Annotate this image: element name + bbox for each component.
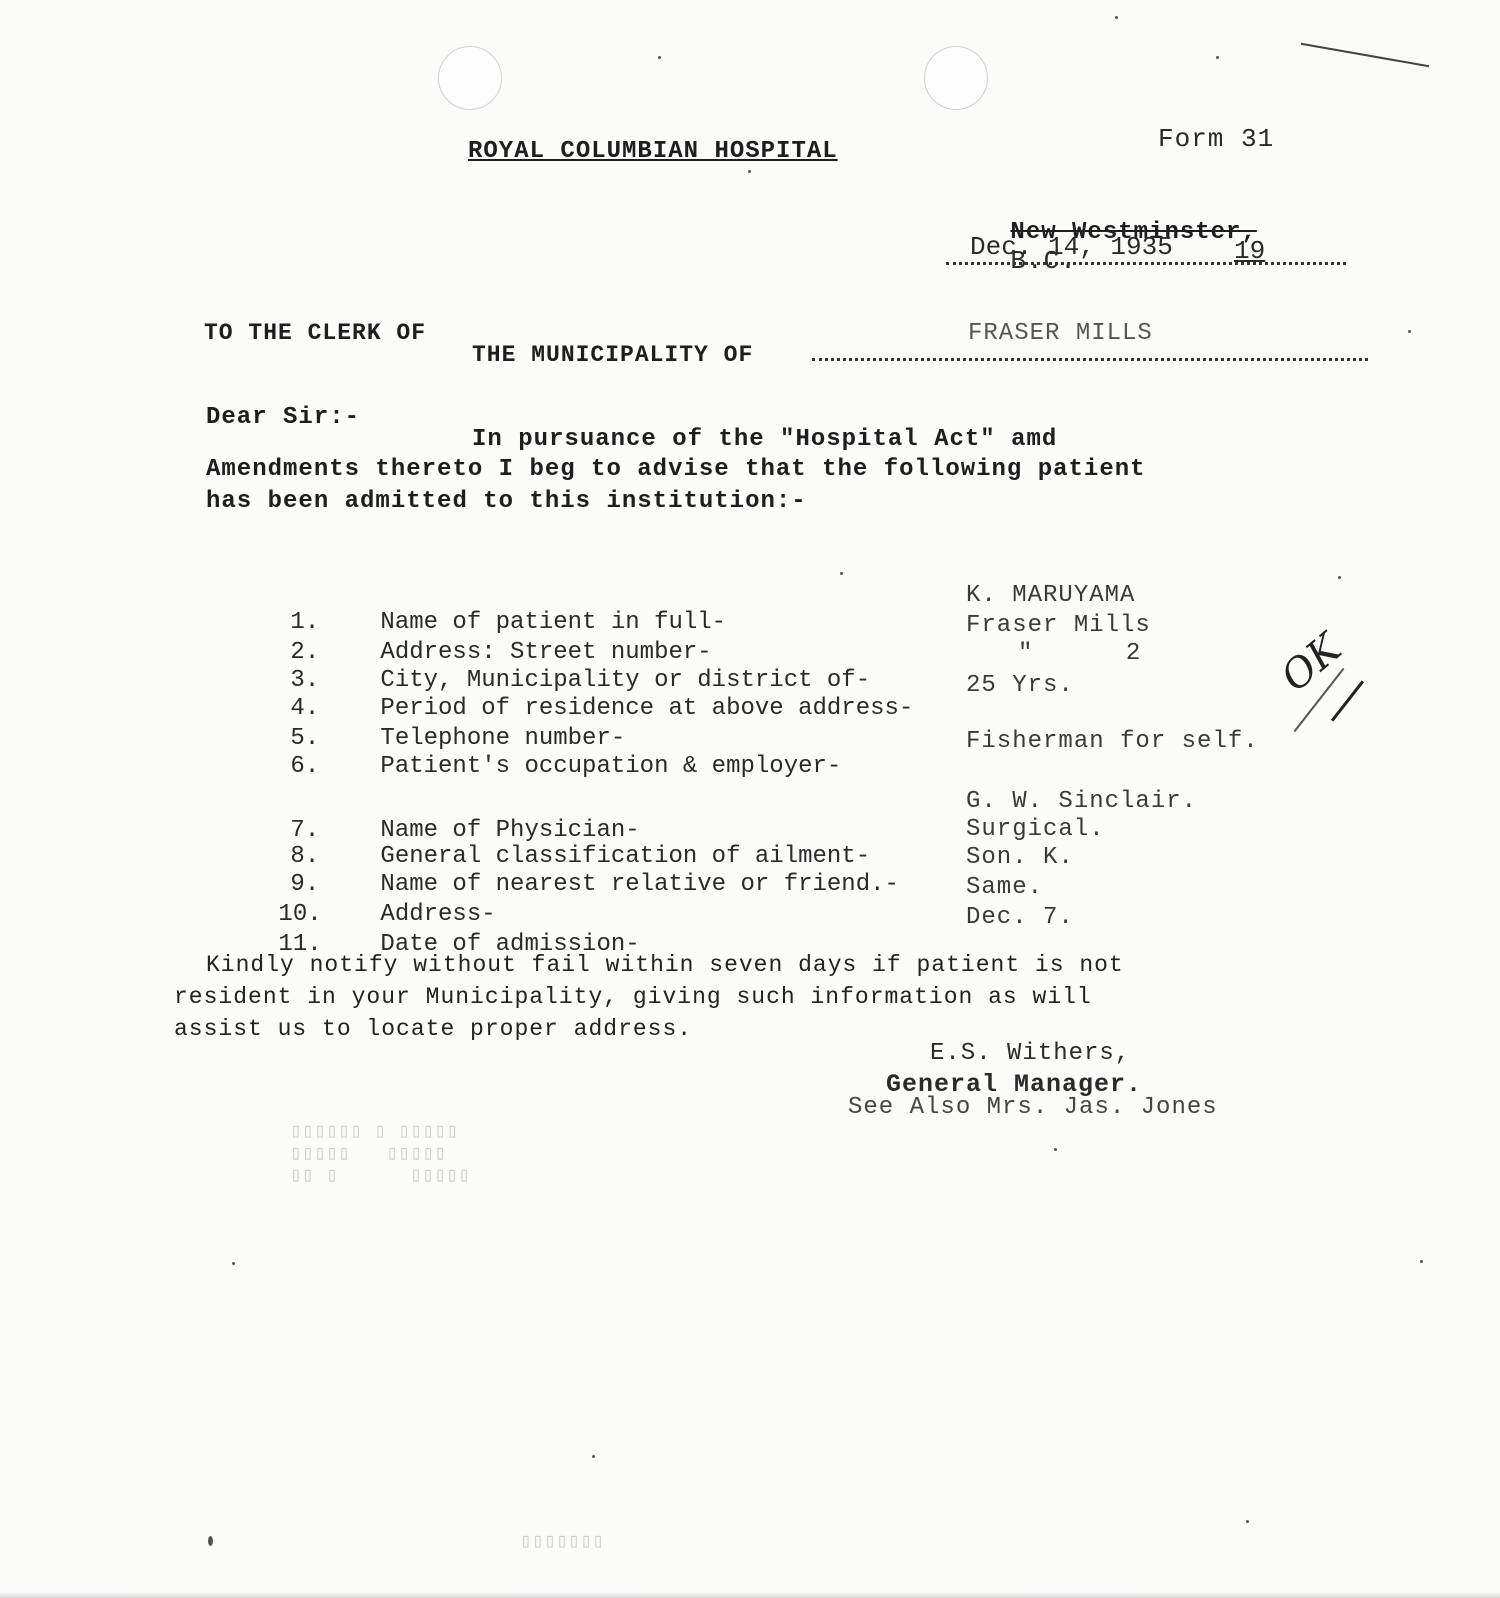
field-label: Patient's occupation & employer- xyxy=(380,753,841,780)
field-value: G. W. Sinclair. xyxy=(966,788,1197,815)
closing-line1: Kindly notify without fail within seven … xyxy=(206,952,1124,978)
handwritten-initial xyxy=(1331,680,1364,721)
closing-line2: resident in your Municipality, giving su… xyxy=(174,984,1092,1010)
intro-line3: has been admitted to this institution:- xyxy=(206,488,807,515)
paper-speck xyxy=(232,1262,235,1265)
paper-bottom-edge xyxy=(0,1592,1500,1598)
paper-speck xyxy=(1115,16,1118,19)
field-value: K. MARUYAMA xyxy=(966,582,1135,609)
paper-speck xyxy=(1216,56,1219,59)
municipality-name: FRASER MILLS xyxy=(968,320,1153,347)
field-value: Same. xyxy=(966,874,1043,901)
field-value: Fisherman for self. xyxy=(966,728,1259,755)
punch-hole-left xyxy=(438,46,502,110)
paper-speck xyxy=(1246,1520,1249,1523)
field-value: Dec. 7. xyxy=(966,904,1074,931)
paper-speck xyxy=(840,572,843,575)
year-prefix: 19 xyxy=(1234,236,1265,266)
intro-line2: Amendments thereto I beg to advise that … xyxy=(206,456,1146,483)
paper-speck xyxy=(208,1536,213,1546)
addressee-line2: THE MUNICIPALITY OF xyxy=(472,342,753,368)
handwritten-ok-annotation: OK xyxy=(1273,625,1351,701)
paper-speck xyxy=(748,170,751,173)
letter-date: Dec. 14, 1935 xyxy=(970,232,1173,262)
paper-speck xyxy=(592,1455,595,1458)
field-num: 6. xyxy=(290,753,380,780)
form-number: Form 31 xyxy=(1158,124,1274,154)
field-value: Son. K. xyxy=(966,844,1074,871)
field-value: Fraser Mills xyxy=(966,612,1151,639)
paper-speck xyxy=(1420,1260,1423,1263)
field-value: " 2 xyxy=(1018,640,1141,667)
see-also-note: See Also Mrs. Jas. Jones xyxy=(848,1094,1218,1121)
hospital-name: ROYAL COLUMBIAN HOSPITAL xyxy=(468,138,838,165)
field-value: Surgical. xyxy=(966,816,1105,843)
paper-speck xyxy=(1338,576,1341,579)
bleed-through-text: ▯▯ ▯ ▯▯▯▯▯ xyxy=(290,1162,470,1188)
edge-mark xyxy=(1301,43,1429,68)
closing-line3: assist us to locate proper address. xyxy=(174,1016,692,1042)
bleed-through-text: ▯▯▯▯▯▯▯ xyxy=(520,1528,604,1554)
paper-speck xyxy=(1054,1148,1057,1151)
salutation: Dear Sir:- xyxy=(206,404,360,431)
field-value: 25 Yrs. xyxy=(966,672,1074,699)
date-line: Dec. 14, 1935 19 xyxy=(946,232,1346,265)
paper-speck xyxy=(1408,330,1411,333)
paper-speck xyxy=(658,56,661,59)
signatory-name: E.S. Withers, xyxy=(930,1040,1130,1067)
intro-line1: In pursuance of the "Hospital Act" amd xyxy=(472,426,1057,453)
punch-hole-right xyxy=(924,46,988,110)
addressee-line1: TO THE CLERK OF xyxy=(204,320,426,346)
